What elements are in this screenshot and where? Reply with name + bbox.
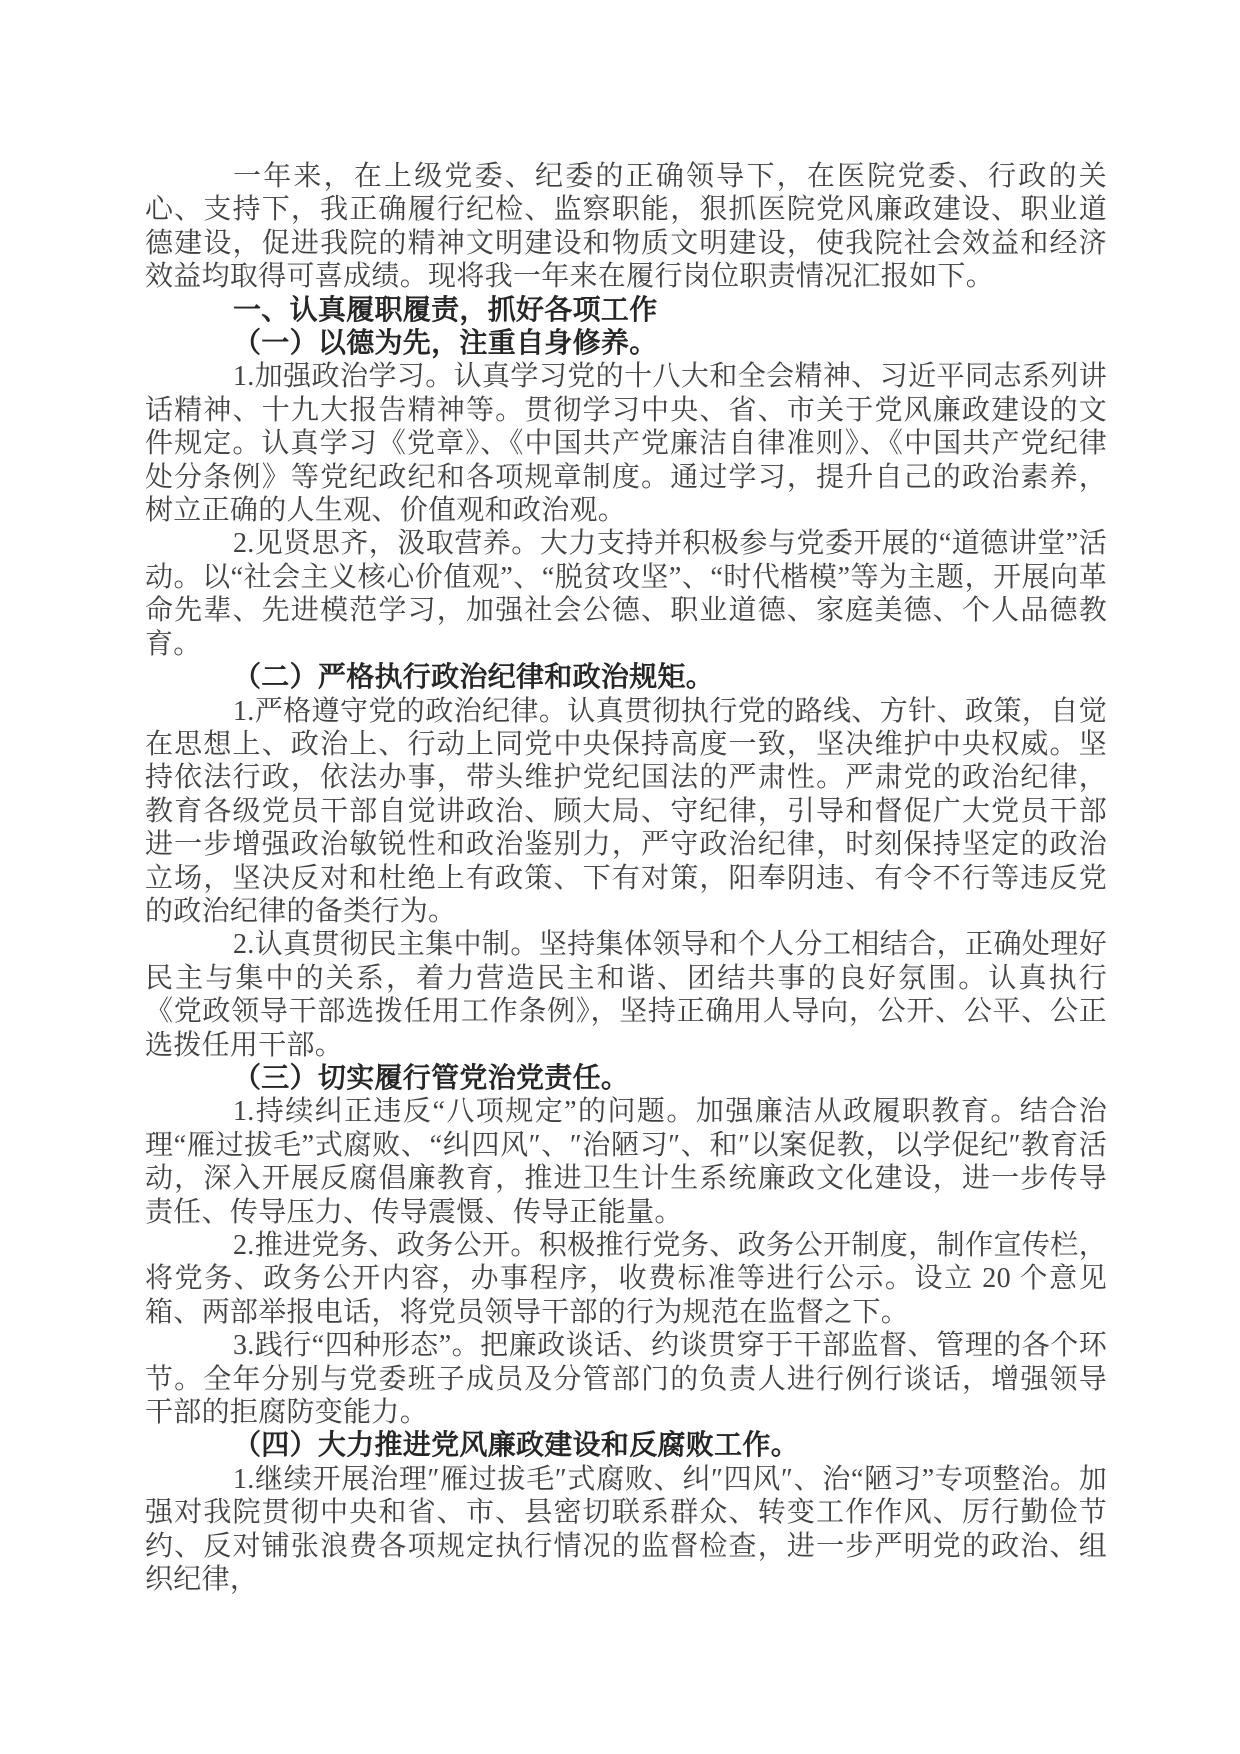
paragraph: 1.持续纠正违反“八项规定”的问题。加强廉洁从政履职教育。结合治理“雁过拔毛”式…	[145, 1095, 1107, 1229]
document-body: 一年来，在上级党委、纪委的正确领导下，在医院党委、行政的关心、支持下，我正确履行…	[145, 160, 1107, 1596]
section-heading: （一）以德为先，注重自身修养。	[145, 327, 1107, 360]
paragraph: 2.见贤思齐，汲取营养。大力支持并积极参与党委开展的“道德讲堂”活动。以“社会主…	[145, 527, 1107, 661]
paragraph: 2.认真贯彻民主集中制。坚持集体领导和个人分工相结合，正确处理好民主与集中的关系…	[145, 928, 1107, 1062]
paragraph: 一年来，在上级党委、纪委的正确领导下，在医院党委、行政的关心、支持下，我正确履行…	[145, 160, 1107, 294]
document-page: 一年来，在上级党委、纪委的正确领导下，在医院党委、行政的关心、支持下，我正确履行…	[0, 0, 1240, 1754]
paragraph: 1.继续开展治理″雁过拔毛″式腐败、纠″四风″、治“陋习”专项整治。加强对我院贯…	[145, 1463, 1107, 1597]
paragraph: 2.推进党务、政务公开。积极推行党务、政务公开制度，制作宣传栏，将党务、政务公开…	[145, 1229, 1107, 1329]
section-heading: （三）切实履行管党治党责任。	[145, 1062, 1107, 1095]
section-heading: （四）大力推进党风廉政建设和反腐败工作。	[145, 1429, 1107, 1462]
section-heading: （二）严格执行政治纪律和政治规矩。	[145, 661, 1107, 694]
paragraph: 3.践行“四种形态”。把廉政谈话、约谈贯穿于干部监督、管理的各个环节。全年分别与…	[145, 1329, 1107, 1429]
section-heading: 一、认真履职履责，抓好各项工作	[145, 294, 1107, 327]
paragraph: 1.严格遵守党的政治纪律。认真贯彻执行党的路线、方针、政策，自觉在思想上、政治上…	[145, 695, 1107, 929]
paragraph: 1.加强政治学习。认真学习党的十八大和全会精神、习近平同志系列讲话精神、十九大报…	[145, 360, 1107, 527]
